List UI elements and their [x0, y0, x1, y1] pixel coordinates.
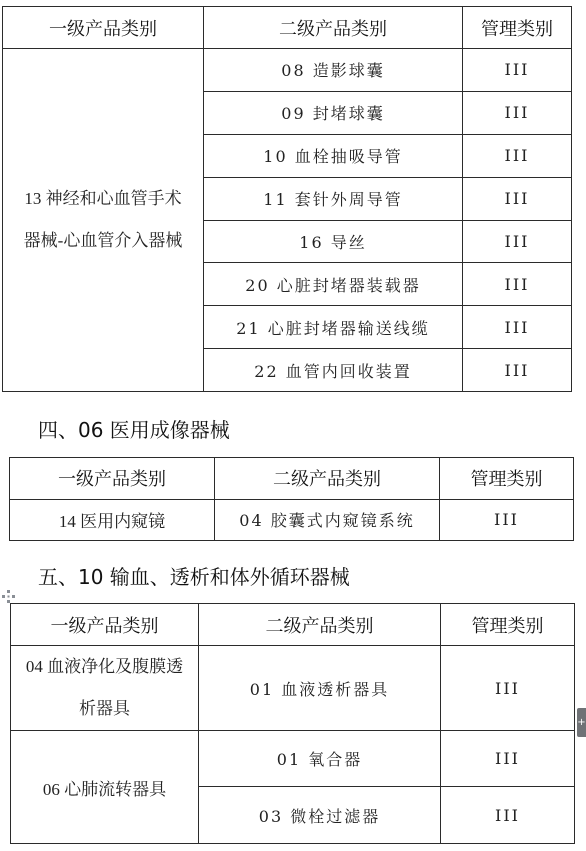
table-header-row: 一级产品类别 二级产品类别 管理类别 — [3, 7, 572, 49]
mgmt-cell: III — [440, 499, 574, 541]
header-level1: 一级产品类别 — [11, 604, 199, 646]
level1-line-2: 器械-心血管介入器械 — [24, 231, 183, 250]
mgmt-cell: III — [441, 646, 575, 731]
level2-cell: 10 血栓抽吸导管 — [204, 134, 463, 177]
mgmt-cell: III — [463, 263, 572, 306]
level2-cell: 20 心脏封堵器装载器 — [204, 263, 463, 306]
table-row: 06 心肺流转器具 01 氧合器 III — [11, 731, 575, 787]
medical-imaging-table: 一级产品类别 二级产品类别 管理类别 14 医用内窥镜 04 胶囊式内窥镜系统 … — [9, 457, 574, 541]
table-header-row: 一级产品类别 二级产品类别 管理类别 — [10, 458, 574, 500]
mgmt-cell: III — [463, 91, 572, 134]
level2-cell: 21 心脏封堵器输送线缆 — [204, 306, 463, 349]
header-level2: 二级产品类别 — [199, 604, 441, 646]
level1-category-cell: 06 心肺流转器具 — [11, 731, 199, 844]
side-expand-tab[interactable]: + — [577, 708, 586, 737]
section-heading-transfusion-dialysis: 五、10 输血、透析和体外循环器械 — [38, 561, 350, 590]
level2-cell: 08 造影球囊 — [204, 49, 463, 92]
level1-cell: 14 医用内窥镜 — [10, 499, 215, 541]
plus-icon: + — [577, 717, 585, 728]
level2-cell: 11 套针外周导管 — [204, 177, 463, 220]
header-level2: 二级产品类别 — [204, 7, 463, 49]
move-icon — [2, 590, 15, 603]
mgmt-cell: III — [441, 731, 575, 787]
cardiovascular-interventional-table: 一级产品类别 二级产品类别 管理类别 13 神经和心血管手术 器械-心血管介入器… — [2, 6, 572, 392]
table-row: 14 医用内窥镜 04 胶囊式内窥镜系统 III — [10, 499, 574, 541]
table-row: 13 神经和心血管手术 器械-心血管介入器械 08 造影球囊 III — [3, 49, 572, 92]
level1-category-cell: 13 神经和心血管手术 器械-心血管介入器械 — [3, 49, 204, 392]
transfusion-dialysis-table: 一级产品类别 二级产品类别 管理类别 04 血液净化及腹膜透 析器具 01 血液… — [10, 603, 575, 844]
level1-line-1: 04 血液净化及腹膜透 — [26, 657, 183, 676]
level1-category-cell: 04 血液净化及腹膜透 析器具 — [11, 646, 199, 731]
table-header-row: 一级产品类别 二级产品类别 管理类别 — [11, 604, 575, 646]
mgmt-cell: III — [441, 787, 575, 844]
mgmt-cell: III — [463, 306, 572, 349]
level2-cell: 22 血管内回收装置 — [204, 349, 463, 392]
mgmt-cell: III — [463, 134, 572, 177]
level2-cell: 01 血液透析器具 — [199, 646, 441, 731]
header-level2: 二级产品类别 — [215, 458, 440, 500]
table-move-handle[interactable] — [2, 590, 15, 603]
header-level1: 一级产品类别 — [10, 458, 215, 500]
header-mgmt: 管理类别 — [440, 458, 574, 500]
level1-line-2: 析器具 — [79, 699, 130, 718]
mgmt-cell: III — [463, 220, 572, 263]
mgmt-cell: III — [463, 177, 572, 220]
mgmt-cell: III — [463, 349, 572, 392]
level1-line-1: 13 神经和心血管手术 — [24, 189, 181, 208]
section-heading-imaging: 四、06 医用成像器械 — [38, 414, 230, 443]
header-mgmt: 管理类别 — [441, 604, 575, 646]
level2-cell: 16 导丝 — [204, 220, 463, 263]
level2-cell: 04 胶囊式内窥镜系统 — [215, 499, 440, 541]
level2-cell: 01 氧合器 — [199, 731, 441, 787]
header-level1: 一级产品类别 — [3, 7, 204, 49]
mgmt-cell: III — [463, 49, 572, 92]
level2-cell: 03 微栓过滤器 — [199, 787, 441, 844]
header-mgmt: 管理类别 — [463, 7, 572, 49]
table-row: 04 血液净化及腹膜透 析器具 01 血液透析器具 III — [11, 646, 575, 731]
level2-cell: 09 封堵球囊 — [204, 91, 463, 134]
